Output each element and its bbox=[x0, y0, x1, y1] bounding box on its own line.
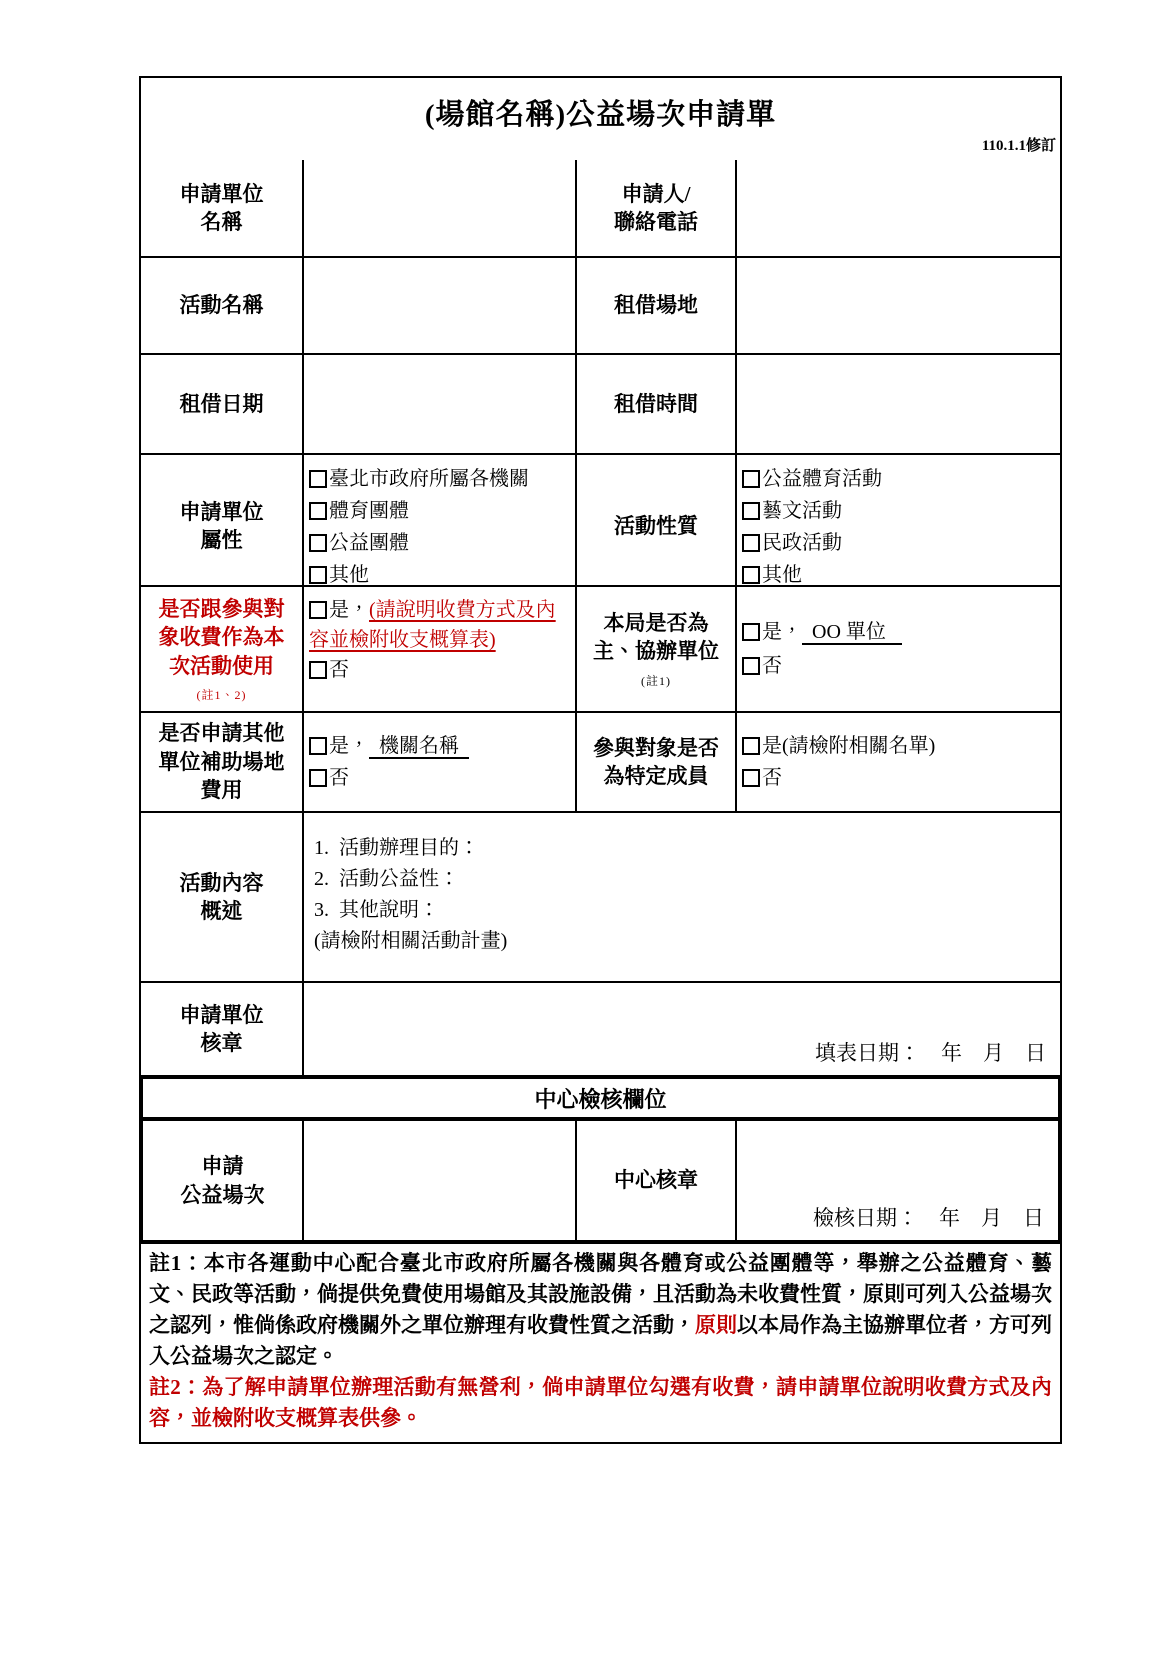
checkbox-unit-type-gov[interactable] bbox=[309, 470, 327, 488]
venue-label: 租借場地 bbox=[577, 258, 737, 353]
specific-members-label: 參與對象是否 為特定成員 bbox=[577, 713, 737, 811]
unit-name-input-cell[interactable] bbox=[304, 160, 577, 256]
unit-type-option-label: 公益團體 bbox=[329, 532, 409, 554]
applicant-label: 申請人/ 聯絡電話 bbox=[577, 160, 737, 256]
specific-members-no-label: 否 bbox=[762, 767, 782, 789]
subsidy-options: 是，機關名稱 否 bbox=[304, 713, 577, 811]
charging-label: 是否跟參與對 象收費作為本 次活動使用 bbox=[159, 595, 285, 680]
unit-type-option-label: 臺北市政府所屬各機關 bbox=[329, 468, 529, 490]
checkbox-charging-yes[interactable] bbox=[309, 601, 327, 619]
specific-members-options: 是(請檢附相關名單) 否 bbox=[737, 713, 1060, 811]
subsidy-yes-label: 是， bbox=[329, 735, 369, 757]
center-seal-label: 中心核章 bbox=[577, 1121, 737, 1240]
unit-type-option-label: 其他 bbox=[329, 564, 369, 586]
bureau-host-options: 是，OO 單位 否 bbox=[737, 587, 1060, 711]
row-unit-name: 申請單位 名稱 申請人/ 聯絡電話 bbox=[139, 160, 1062, 258]
revision-label: 110.1.1修訂 bbox=[141, 139, 1060, 160]
summary-line: 3. 其他說明： bbox=[314, 895, 1054, 926]
summary-line: (請檢附相關活動計畫) bbox=[314, 926, 1054, 957]
activity-type-option-label: 藝文活動 bbox=[762, 500, 842, 522]
charging-options: 是，(請說明收費方式及內容並檢附收支概算表) 否 bbox=[304, 587, 577, 711]
rental-date-input-cell[interactable] bbox=[304, 355, 577, 453]
unit-seal-area[interactable]: 填表日期： 年 月 日 bbox=[304, 983, 1060, 1075]
activity-type-option-label: 其他 bbox=[762, 564, 802, 586]
checkbox-subsidy-yes[interactable] bbox=[309, 737, 327, 755]
application-form: (場館名稱)公益場次申請單 110.1.1修訂 申請單位 名稱 申請人/ 聯絡電… bbox=[139, 76, 1062, 1444]
checkbox-activity-civil[interactable] bbox=[742, 534, 760, 552]
row-public-sessions: 申請 公益場次 中心核章 檢核日期： 年 月 日 bbox=[143, 1121, 1058, 1240]
center-check-header: 中心檢核欄位 bbox=[143, 1079, 1058, 1121]
charging-note: (註1、2) bbox=[197, 687, 247, 703]
fill-date-line: 填表日期： 年 月 日 bbox=[815, 1037, 1046, 1067]
charging-no-label: 否 bbox=[329, 659, 349, 681]
unit-type-label: 申請單位 屬性 bbox=[141, 455, 304, 597]
activity-type-option-label: 公益體育活動 bbox=[762, 468, 882, 490]
bureau-host-note: (註1) bbox=[641, 673, 671, 689]
checkbox-unit-type-other[interactable] bbox=[309, 566, 327, 584]
public-sessions-label: 申請 公益場次 bbox=[143, 1121, 304, 1240]
unit-type-option-label: 體育團體 bbox=[329, 500, 409, 522]
summary-line: 2. 活動公益性： bbox=[314, 864, 1054, 895]
unit-name-label: 申請單位 名稱 bbox=[141, 160, 304, 256]
activity-summary-content[interactable]: 1. 活動辦理目的： 2. 活動公益性： 3. 其他說明： (請檢附相關活動計畫… bbox=[304, 813, 1060, 981]
bureau-host-label-cell: 本局是否為 主、協辦單位 (註1) bbox=[577, 587, 737, 711]
activity-name-label: 活動名稱 bbox=[141, 258, 304, 353]
checkbox-subsidy-no[interactable] bbox=[309, 769, 327, 787]
row-charging: 是否跟參與對 象收費作為本 次活動使用 (註1、2) 是，(請說明收費方式及內容… bbox=[139, 587, 1062, 713]
rental-date-label: 租借日期 bbox=[141, 355, 304, 453]
row-unit-seal: 申請單位 核章 填表日期： 年 月 日 bbox=[139, 983, 1062, 1075]
form-title-row: (場館名稱)公益場次申請單 110.1.1修訂 bbox=[139, 76, 1062, 160]
activity-type-label: 活動性質 bbox=[577, 455, 737, 597]
row-subsidy: 是否申請其他 單位補助場地 費用 是，機關名稱 否 參與對象是否 為特定成員 是… bbox=[139, 713, 1062, 813]
subsidy-yes-detail: 機關名稱 bbox=[369, 735, 469, 759]
checkbox-activity-sports[interactable] bbox=[742, 470, 760, 488]
charging-label-cell: 是否跟參與對 象收費作為本 次活動使用 (註1、2) bbox=[141, 587, 304, 711]
note2-text: 註2：為了解申請單位辦理活動有無營利，倘申請單位勾選有收費，請申請單位說明收費方… bbox=[149, 1375, 1052, 1430]
checkbox-specific-members-yes[interactable] bbox=[742, 737, 760, 755]
checkbox-specific-members-no[interactable] bbox=[742, 769, 760, 787]
charging-yes-label: 是， bbox=[329, 599, 369, 621]
rental-time-input-cell[interactable] bbox=[737, 355, 1060, 453]
public-sessions-input-cell[interactable] bbox=[304, 1121, 577, 1240]
form-notes: 註1：本市各運動中心配合臺北市政府所屬各機關與各體育或公益團體等，舉辦之公益體育… bbox=[139, 1244, 1062, 1444]
unit-seal-label: 申請單位 核章 bbox=[141, 983, 304, 1075]
checkbox-charging-no[interactable] bbox=[309, 661, 327, 679]
subsidy-no-label: 否 bbox=[329, 767, 349, 789]
note1-red-text: 原則 bbox=[695, 1313, 737, 1337]
checkbox-bureau-host-yes[interactable] bbox=[742, 623, 760, 641]
bureau-host-label: 本局是否為 主、協辦單位 bbox=[593, 609, 719, 666]
activity-summary-label: 活動內容 概述 bbox=[141, 813, 304, 981]
center-seal-area[interactable]: 檢核日期： 年 月 日 bbox=[737, 1121, 1058, 1240]
check-date-line: 檢核日期： 年 月 日 bbox=[813, 1202, 1044, 1232]
checkbox-unit-type-charity[interactable] bbox=[309, 534, 327, 552]
checkbox-activity-other[interactable] bbox=[742, 566, 760, 584]
row-activity-summary: 活動內容 概述 1. 活動辦理目的： 2. 活動公益性： 3. 其他說明： (請… bbox=[139, 813, 1062, 983]
row-rental-date: 租借日期 租借時間 bbox=[139, 355, 1062, 455]
subsidy-label: 是否申請其他 單位補助場地 費用 bbox=[141, 713, 304, 811]
specific-members-yes-label: 是(請檢附相關名單) bbox=[762, 735, 935, 757]
form-title: (場館名稱)公益場次申請單 bbox=[141, 92, 1060, 133]
activity-name-input-cell[interactable] bbox=[304, 258, 577, 353]
activity-type-option-label: 民政活動 bbox=[762, 532, 842, 554]
checkbox-unit-type-sports[interactable] bbox=[309, 502, 327, 520]
unit-type-options: 臺北市政府所屬各機關 體育團體 公益團體 其他 bbox=[304, 455, 577, 597]
activity-type-options: 公益體育活動 藝文活動 民政活動 其他 bbox=[737, 455, 1060, 597]
row-unit-type: 申請單位 屬性 臺北市政府所屬各機關 體育團體 公益團體 其他 活動性質 公益體… bbox=[139, 455, 1062, 587]
bureau-host-yes-label: 是， bbox=[762, 621, 802, 643]
bureau-host-yes-detail: OO 單位 bbox=[802, 621, 902, 645]
rental-time-label: 租借時間 bbox=[577, 355, 737, 453]
summary-line: 1. 活動辦理目的： bbox=[314, 833, 1054, 864]
applicant-input-cell[interactable] bbox=[737, 160, 1060, 256]
checkbox-activity-arts[interactable] bbox=[742, 502, 760, 520]
row-activity-name: 活動名稱 租借場地 bbox=[139, 258, 1062, 355]
checkbox-bureau-host-no[interactable] bbox=[742, 657, 760, 675]
bureau-host-no-label: 否 bbox=[762, 655, 782, 677]
venue-input-cell[interactable] bbox=[737, 258, 1060, 353]
center-check-section: 中心檢核欄位 申請 公益場次 中心核章 檢核日期： 年 月 日 bbox=[139, 1075, 1062, 1244]
